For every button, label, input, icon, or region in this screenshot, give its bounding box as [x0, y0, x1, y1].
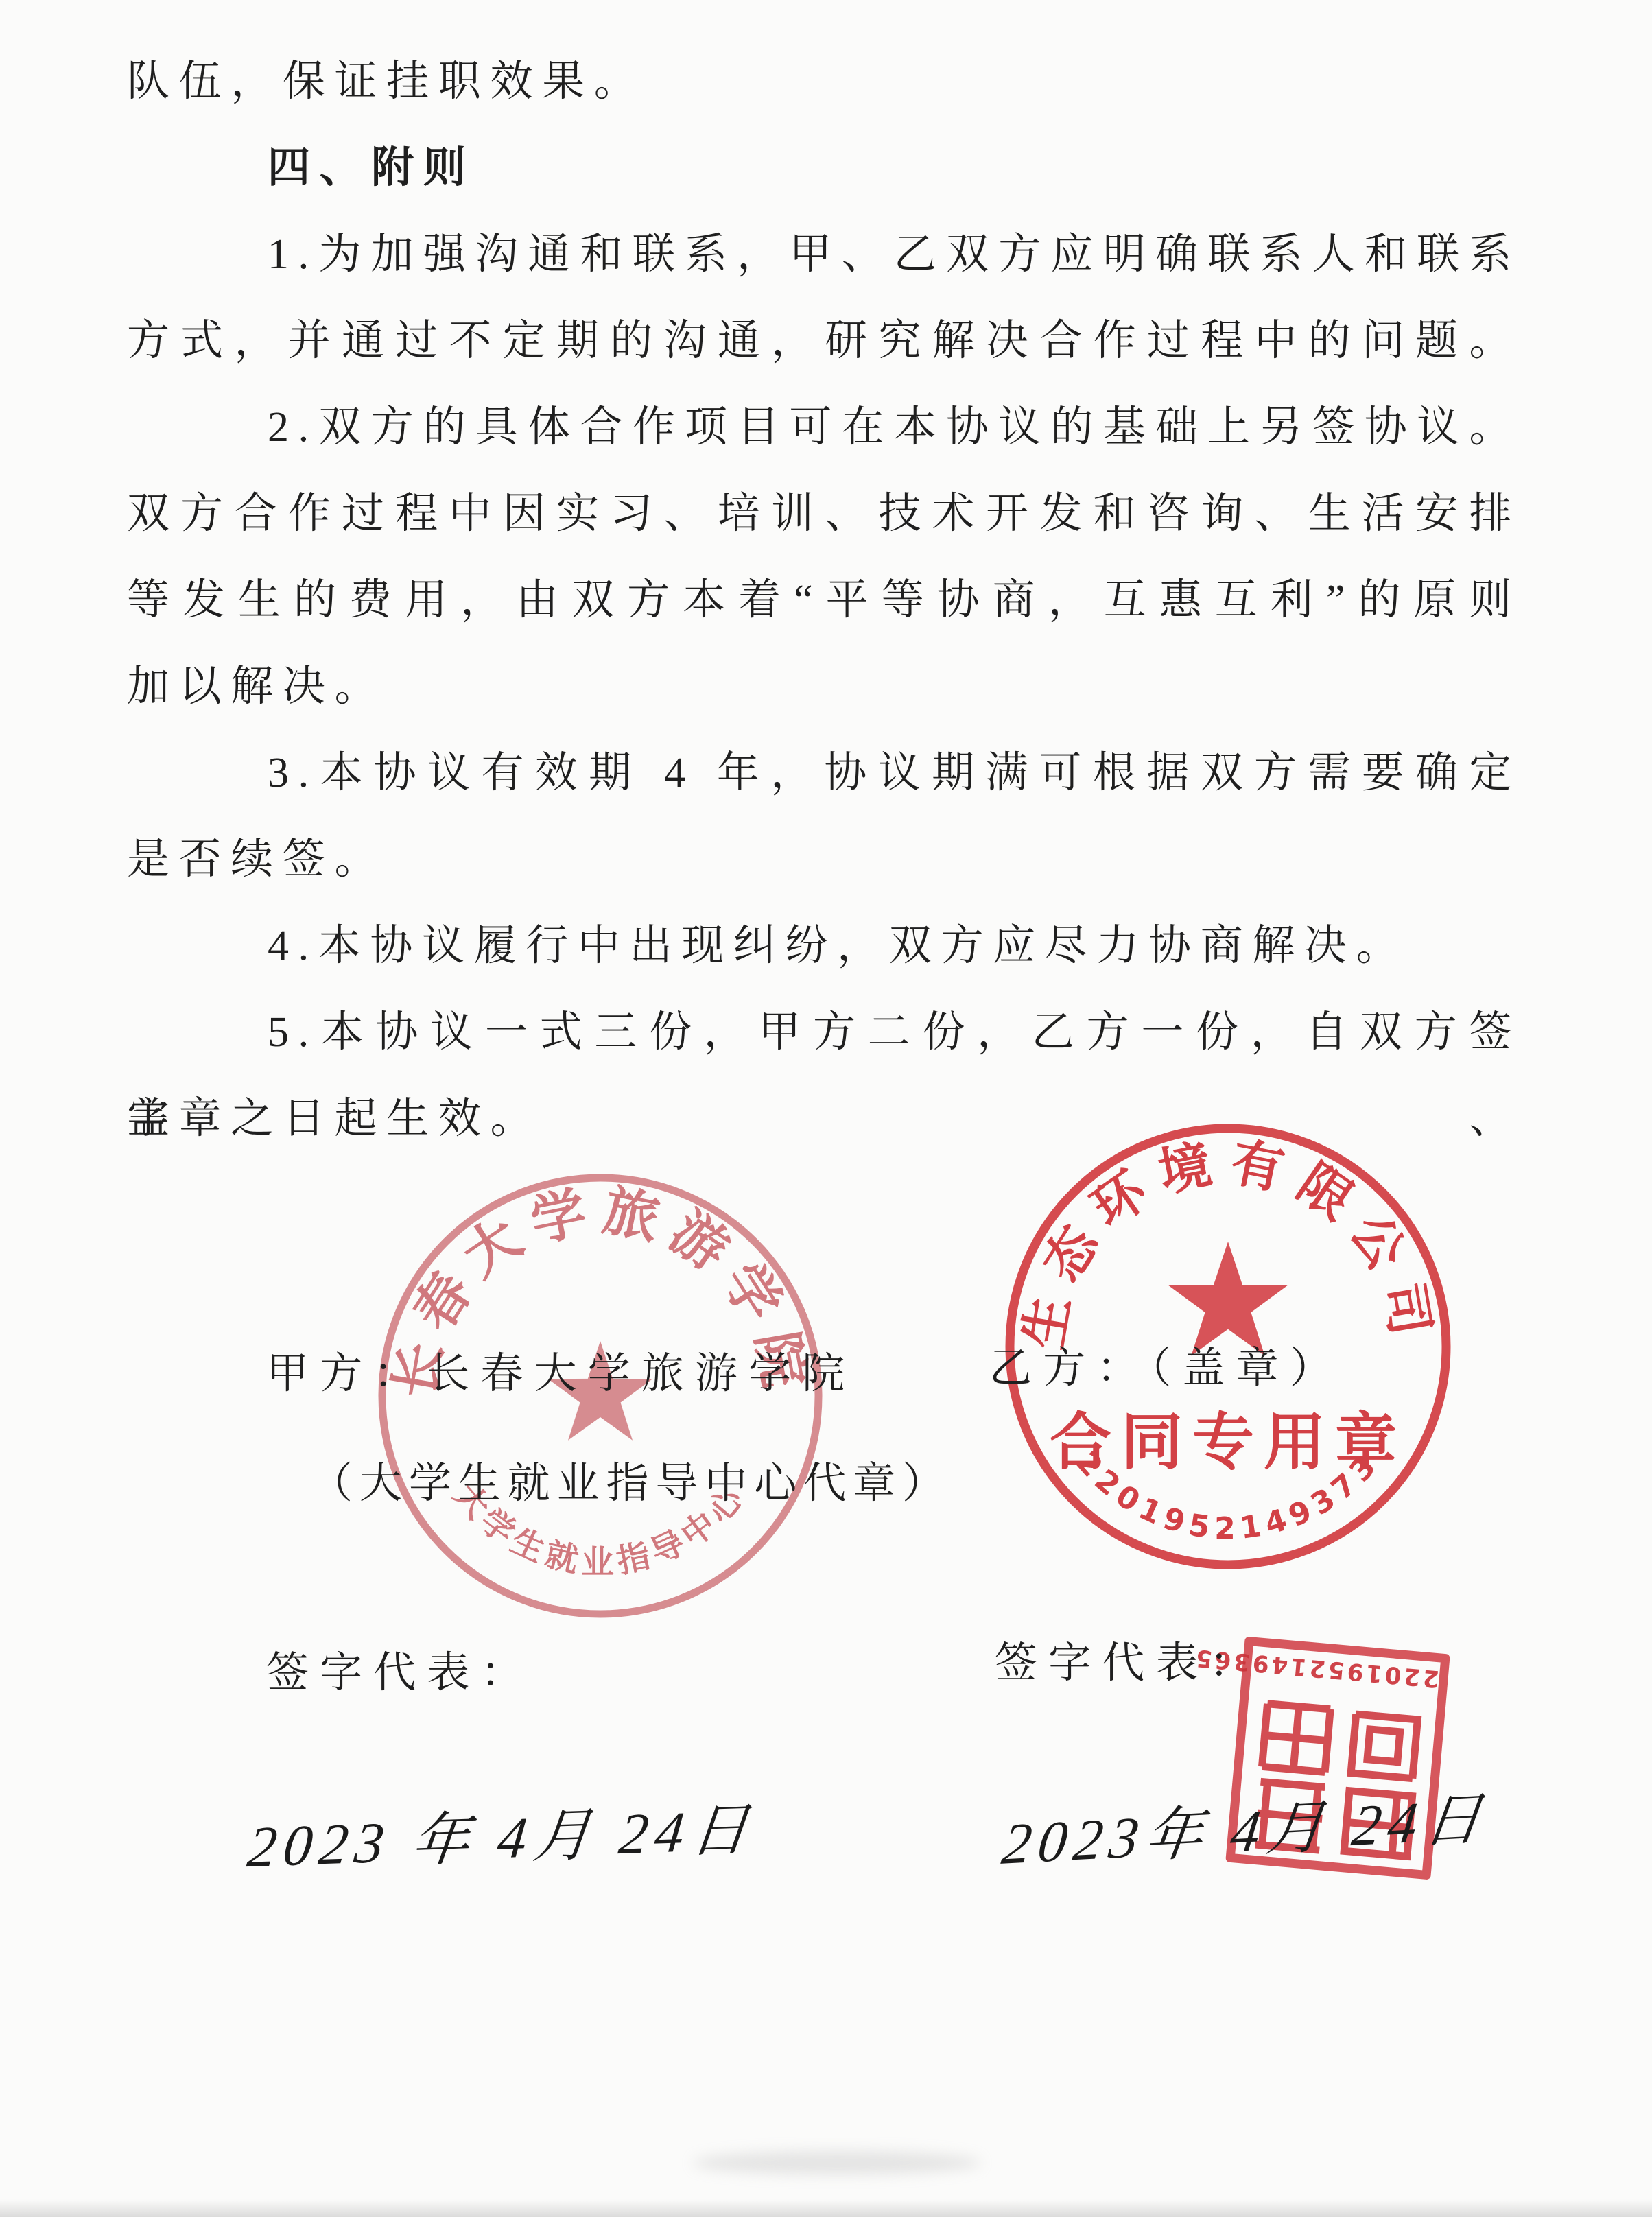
document-line: 加以解决。 — [127, 643, 1521, 730]
scan-smudge — [693, 2151, 981, 2174]
document-line: 是否续签。 — [127, 816, 1521, 903]
square-seal-serial: 2201952149365 — [1251, 1649, 1440, 1693]
party-a-sign-label: 签字代表： — [266, 1638, 534, 1699]
party-a-handwritten-date: 2023 年 4月 24日 — [244, 1783, 760, 1884]
document-line: 等发生的费用，由双方本着“平等协商，互惠互利”的原则 — [127, 557, 1521, 643]
party-a-subtitle: （大学生就业指导中心代章） — [310, 1449, 952, 1510]
document-line: 2.双方的具体合作项目可在本协议的基础上另签协议。 — [127, 384, 1521, 471]
document-line: 5.本协议一式三份，甲方二份，乙方一份，自双方签字、 — [127, 989, 1521, 1076]
document-line: 队伍，保证挂职效果。 — [127, 38, 1521, 125]
party-b-sign-label: 签字代表： — [995, 1628, 1263, 1690]
scanned-agreement-page: 队伍，保证挂职效果。四、附则1.为加强沟通和联系，甲、乙双方应明确联系人和联系方… — [0, 0, 1652, 2217]
party-b-title: 乙方：（盖章） — [989, 1333, 1343, 1395]
document-line: 3.本协议有效期 4 年，协议期满可根据双方需要确定 — [127, 730, 1521, 816]
document-line: 方式，并通过不定期的沟通，研究解决合作过程中的问题。 — [127, 298, 1521, 384]
document-body: 队伍，保证挂职效果。四、附则1.为加强沟通和联系，甲、乙双方应明确联系人和联系方… — [127, 38, 1521, 1162]
document-line: 四、附则 — [127, 125, 1521, 211]
party-a-title: 甲方：长春大学旅游学院 — [266, 1339, 855, 1400]
scan-edge-shade — [0, 2199, 1652, 2217]
document-line: 双方合作过程中因实习、培训、技术开发和咨询、生活安排 — [127, 471, 1521, 557]
document-line: 1.为加强沟通和联系，甲、乙双方应明确联系人和联系 — [127, 211, 1521, 298]
document-line: 4.本协议履行中出现纠纷，双方应尽力协商解决。 — [127, 903, 1521, 989]
